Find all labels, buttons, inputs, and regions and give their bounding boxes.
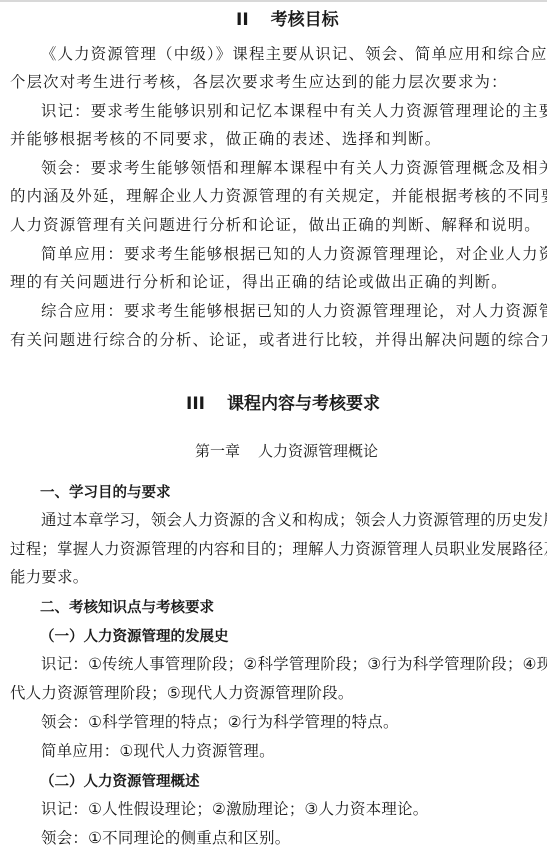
- chapter-title: 人力资源管理概论: [258, 442, 378, 460]
- paragraph-line: 的内涵及外延，理解企业人力资源管理的有关规定，并能根据考核的不同要求对: [10, 186, 547, 206]
- section-heading-content: III课程内容与考核要求: [186, 389, 380, 414]
- paragraph-line: 综合应用：要求考生能够根据已知的人力资源管理理论，对人力资源管理的: [41, 301, 547, 321]
- list-line: 代人力资源管理阶段；⑤现代人力资源管理阶段。: [10, 683, 354, 703]
- list-line: 简单应用：①现代人力资源管理。: [41, 741, 275, 761]
- page-top-border: [0, 0, 547, 2]
- chapter-number: 第一章: [195, 442, 240, 460]
- paragraph-line: 个层次对考生进行考核，各层次要求考生应达到的能力层次要求为：: [10, 72, 508, 92]
- heading-knowledge-points: 二、考核知识点与考核要求: [40, 596, 214, 617]
- paragraph-line: 人力资源管理有关问题进行分析和论证，做出正确的判断、解释和说明。: [10, 215, 541, 235]
- paragraph-line: 《人力资源管理（中级）》课程主要从识记、领会、简单应用和综合应用四: [41, 44, 547, 64]
- subheading-history: （一）人力资源管理的发展史: [40, 625, 229, 646]
- list-line: 识记：①传统人事管理阶段；②科学管理阶段；③行为科学管理阶段；④现: [41, 654, 547, 674]
- paragraph-line: 理的有关问题进行分析和论证，得出正确的结论或做出正确的判断。: [10, 272, 508, 292]
- list-line: 识记：①人性假设理论；②激励理论；③人力资本理论。: [41, 799, 429, 819]
- chapter-heading: 第一章人力资源管理概论: [195, 440, 378, 461]
- subheading-overview: （二）人力资源管理概述: [40, 770, 200, 791]
- paragraph-line: 识记：要求考生能够识别和记忆本课程中有关人力资源管理理论的主要内容，: [41, 101, 547, 121]
- list-line: 领会：①不同理论的侧重点和区别。: [41, 828, 290, 848]
- paragraph-line: 有关问题进行综合的分析、论证，或者进行比较，并得出解决问题的综合方案。: [10, 330, 547, 350]
- heading-objectives: 一、学习目的与要求: [40, 481, 171, 502]
- paragraph-line: 简单应用：要求考生能够根据已知的人力资源管理理论，对企业人力资源管: [41, 244, 547, 264]
- section-heading-objectives: II考核目标: [236, 5, 339, 30]
- section-number: II: [236, 10, 249, 30]
- paragraph-line: 并能够根据考核的不同要求，做正确的表述、选择和判断。: [10, 129, 441, 149]
- section-title: 考核目标: [271, 10, 339, 30]
- paragraph-line: 能力要求。: [10, 567, 88, 587]
- paragraph-line: 过程；掌握人力资源管理的内容和目的；理解人力资源管理人员职业发展路径及: [10, 539, 547, 559]
- paragraph-line: 领会：要求考生能够领悟和理解本课程中有关人力资源管理概念及相关理论: [41, 158, 547, 178]
- paragraph-line: 通过本章学习，领会人力资源的含义和构成；领会人力资源管理的历史发展: [41, 510, 547, 530]
- section-title: 课程内容与考核要求: [227, 394, 380, 414]
- list-line: 领会：①科学管理的特点；②行为科学管理的特点。: [41, 712, 399, 732]
- section-number: III: [186, 394, 205, 414]
